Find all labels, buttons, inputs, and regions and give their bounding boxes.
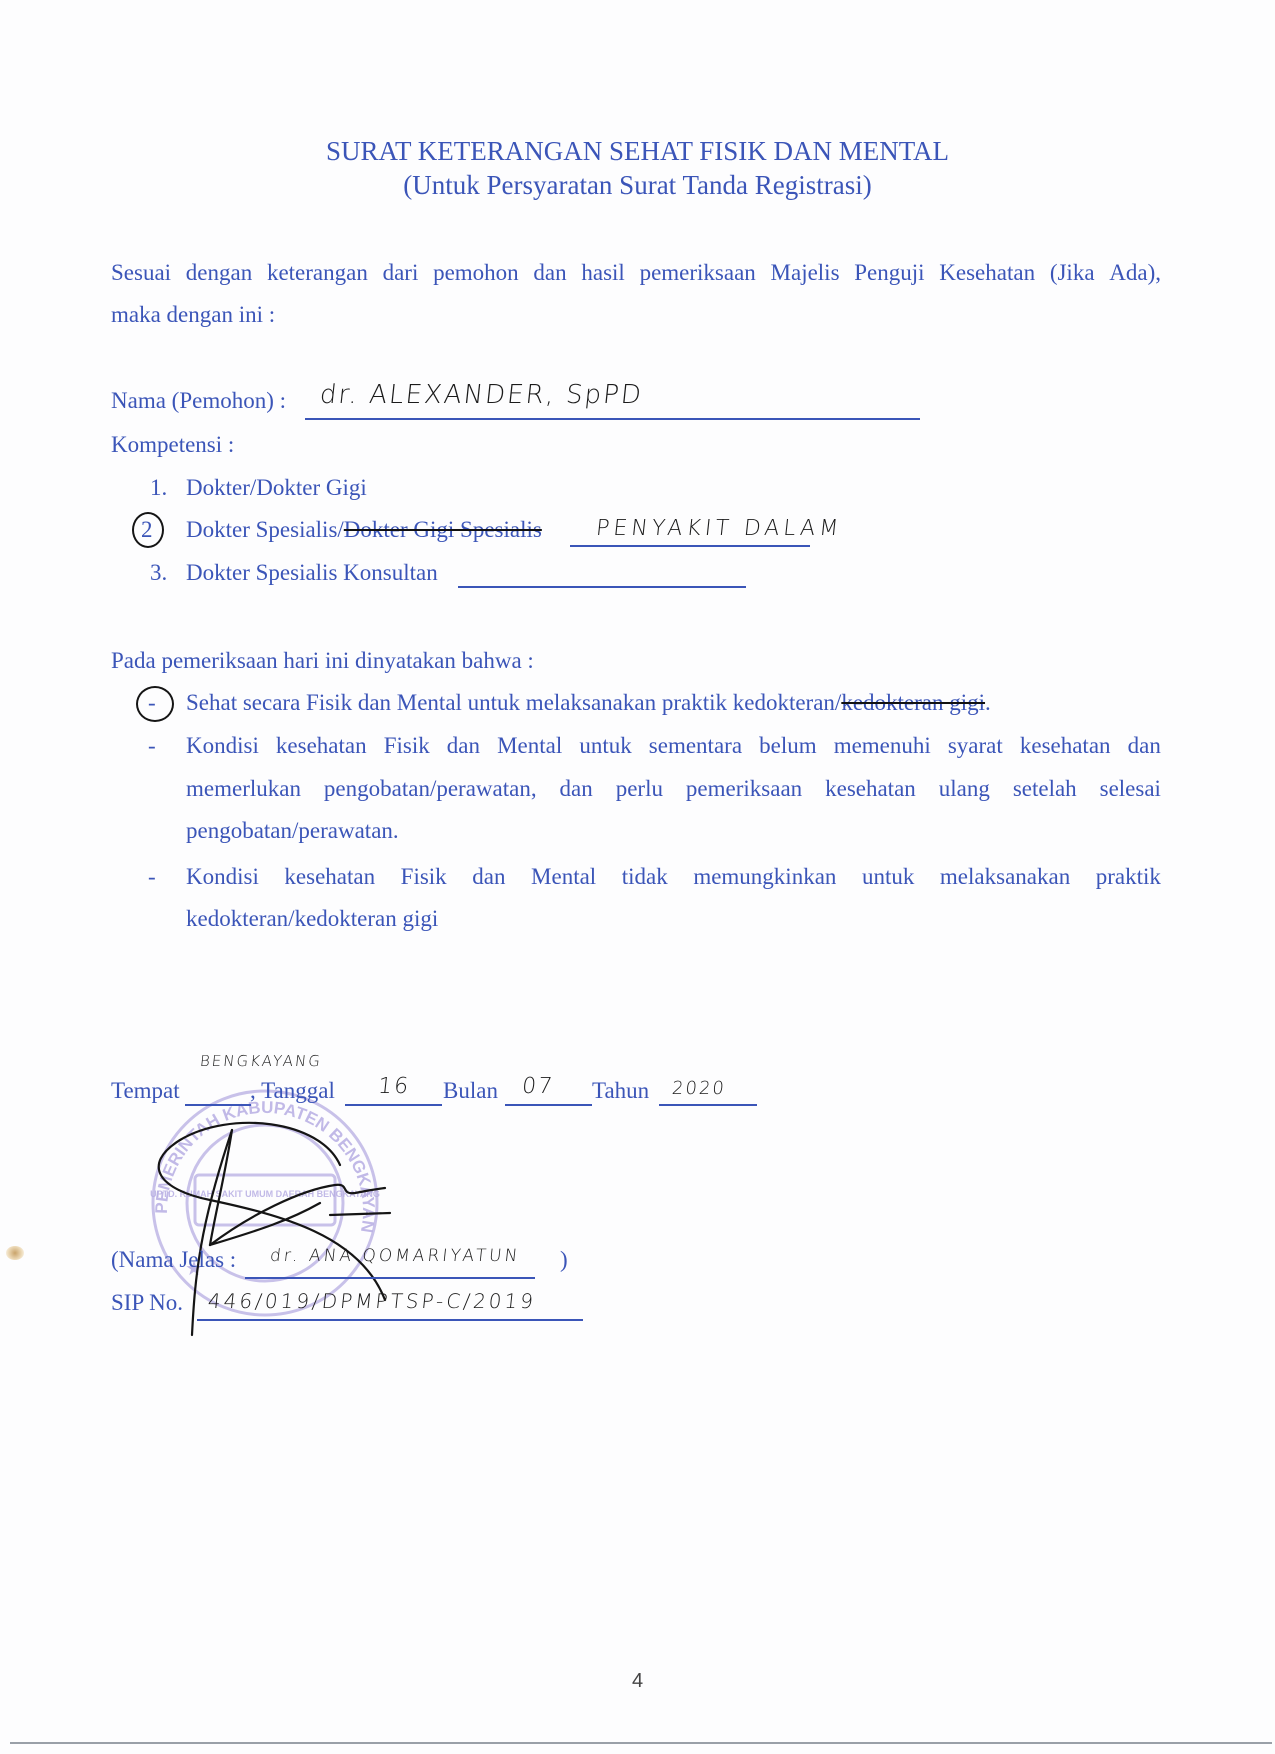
- word: Kondisi: [186, 864, 259, 890]
- competence-label: Kompetensi :: [111, 432, 234, 458]
- word: memungkinkan: [693, 864, 836, 890]
- word: Sesuai: [111, 260, 171, 286]
- word: belum: [759, 733, 817, 759]
- word: dari: [383, 260, 419, 286]
- competence-item-3: Dokter Spesialis Konsultan: [186, 560, 438, 586]
- sip-underline: [197, 1319, 583, 1321]
- specialty-handwritten: PENYAKIT DALAM: [595, 516, 844, 541]
- word: pemeriksaan: [640, 260, 756, 286]
- intro-line-1: Sesuaidenganketerangandaripemohondanhasi…: [111, 260, 1161, 286]
- signer-name-underline: [245, 1277, 535, 1279]
- intro-line-2: maka dengan ini :: [111, 302, 275, 328]
- year-handwritten: 2020: [671, 1078, 727, 1099]
- month-handwritten: 07: [521, 1074, 556, 1099]
- word: kesehatan: [276, 733, 367, 759]
- word: Ada),: [1109, 260, 1161, 286]
- word: keterangan: [267, 260, 368, 286]
- word: Mental: [531, 864, 596, 890]
- word: setelah: [1013, 776, 1077, 802]
- word: perlu: [616, 776, 663, 802]
- word: Fisik: [401, 864, 447, 890]
- word: syarat: [948, 733, 1003, 759]
- competence-item-1-number: 1.: [150, 475, 167, 501]
- signer-name-close: ): [560, 1247, 568, 1273]
- finding-2-line-3: pengobatan/perawatan.: [186, 818, 399, 844]
- word: dan: [560, 776, 593, 802]
- finding-3-line-1: KondisikesehatanFisikdanMentaltidakmemun…: [186, 864, 1161, 890]
- word: Kesehatan: [939, 260, 1035, 286]
- finding-1-period: .: [985, 690, 991, 715]
- competence-item-2-kept: Dokter Spesialis/: [186, 517, 344, 542]
- word: pemohon: [433, 260, 519, 286]
- applicant-label: Nama (Pemohon) :: [111, 388, 286, 414]
- word: untuk: [862, 864, 914, 890]
- word: praktik: [1096, 864, 1161, 890]
- word: Mental: [497, 733, 562, 759]
- word: selesai: [1100, 776, 1161, 802]
- word: ulang: [939, 776, 990, 802]
- date-handwritten: 16: [377, 1074, 412, 1099]
- word: memerlukan: [186, 776, 301, 802]
- word: tidak: [622, 864, 668, 890]
- finding-3-line-2: kedokteran/kedokteran gigi: [186, 906, 438, 932]
- finding-3-bullet: -: [148, 864, 156, 890]
- word: memenuhi: [834, 733, 931, 759]
- year-label: Tahun: [592, 1078, 649, 1104]
- word: melaksanakan: [940, 864, 1070, 890]
- findings-label: Pada pemeriksaan hari ini dinyatakan bah…: [111, 648, 534, 674]
- word: Kondisi: [186, 733, 259, 759]
- word: dan: [472, 864, 505, 890]
- word: Majelis: [771, 260, 840, 286]
- word: sementara: [649, 733, 742, 759]
- word: kesehatan: [1020, 733, 1111, 759]
- competence-item-3-number: 3.: [150, 560, 167, 586]
- word: dan: [533, 260, 566, 286]
- competence-item-1: Dokter/Dokter Gigi: [186, 475, 367, 501]
- date-label: , Tanggal: [250, 1078, 335, 1104]
- competence-item-2-struck: Dokter Gigi Spesialis: [344, 517, 542, 542]
- competence-item-3-underline: [458, 586, 746, 588]
- finding-1-struck: kedokteran gigi: [841, 690, 985, 715]
- month-underline: [505, 1104, 592, 1106]
- page-number: 4: [0, 1670, 1275, 1693]
- document-title: SURAT KETERANGAN SEHAT FISIK DAN MENTAL: [0, 136, 1275, 167]
- applicant-name-handwritten: dr. ALEXANDER, SpPD: [318, 380, 644, 410]
- finding-2-line-2: memerlukanpengobatan/perawatan,danperlup…: [186, 776, 1161, 802]
- finding-2-bullet: -: [148, 733, 156, 759]
- year-underline: [659, 1104, 757, 1106]
- word: dengan: [186, 260, 252, 286]
- word: dan: [447, 733, 480, 759]
- finding-2-line-1: KondisikesehatanFisikdanMentaluntuksemen…: [186, 733, 1161, 759]
- applicant-underline: [305, 418, 920, 420]
- signer-name-label: (Nama Jelas :: [111, 1247, 236, 1273]
- competence-item-2-underline: [570, 545, 810, 547]
- sip-label: SIP No.: [111, 1290, 183, 1316]
- signer-name-handwritten: dr. ANA QOMARIYATUN: [269, 1246, 521, 1266]
- word: (Jika: [1050, 260, 1095, 286]
- place-handwritten: BENGKAYANG: [199, 1052, 323, 1070]
- place-label: Tempat: [111, 1078, 180, 1104]
- word: kesehatan: [284, 864, 375, 890]
- finding-1: Sehat secara Fisik dan Mental untuk mela…: [186, 690, 991, 716]
- word: pemeriksaan: [686, 776, 802, 802]
- word: Fisik: [384, 733, 430, 759]
- scan-edge-line: [10, 1742, 1272, 1744]
- finding-1-kept: Sehat secara Fisik dan Mental untuk mela…: [186, 690, 841, 715]
- competence-item-2-number: 2: [141, 517, 153, 543]
- document-subtitle: (Untuk Persyaratan Surat Tanda Registras…: [0, 170, 1275, 201]
- word: dan: [1128, 733, 1161, 759]
- word: kesehatan: [825, 776, 916, 802]
- word: pengobatan/perawatan,: [324, 776, 537, 802]
- word: hasil: [581, 260, 624, 286]
- word: Penguji: [854, 260, 924, 286]
- finding-1-bullet: -: [148, 690, 156, 716]
- paper-stain: [6, 1246, 24, 1260]
- month-label: Bulan: [443, 1078, 498, 1104]
- sip-handwritten: 446/019/DPMPTSP-C/2019: [207, 1289, 537, 1313]
- competence-item-2: Dokter Spesialis/Dokter Gigi Spesialis: [186, 517, 542, 543]
- word: untuk: [579, 733, 631, 759]
